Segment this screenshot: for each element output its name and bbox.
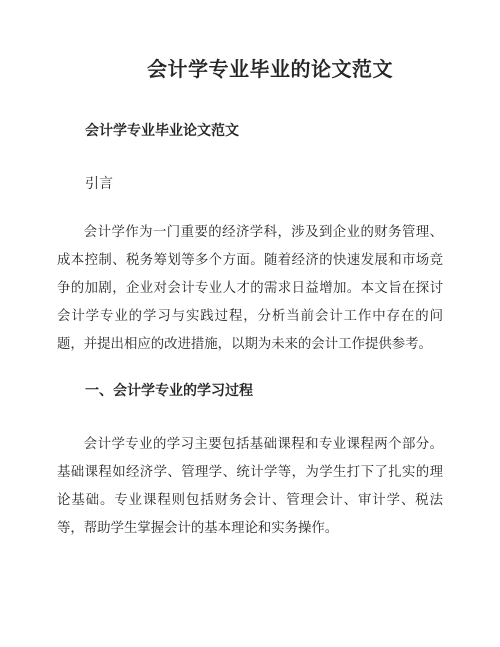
section-heading-learning-process: 一、会计学专业的学习过程 xyxy=(57,382,443,402)
document-page: 会计学专业毕业的论文范文 会计学专业毕业论文范文 引言 会计学作为一门重要的经济… xyxy=(0,0,500,647)
document-subtitle: 会计学专业毕业论文范文 xyxy=(57,122,443,142)
paragraph-introduction: 会计学作为一门重要的经济学科，涉及到企业的财务管理、成本控制、税务筹划等多个方面… xyxy=(57,218,443,358)
document-title: 会计学专业毕业的论文范文 xyxy=(57,57,443,83)
section-heading-introduction: 引言 xyxy=(57,175,443,195)
paragraph-learning-process: 会计学专业的学习主要包括基础课程和专业课程两个部分。基础课程如经济学、管理学、统… xyxy=(57,430,443,542)
